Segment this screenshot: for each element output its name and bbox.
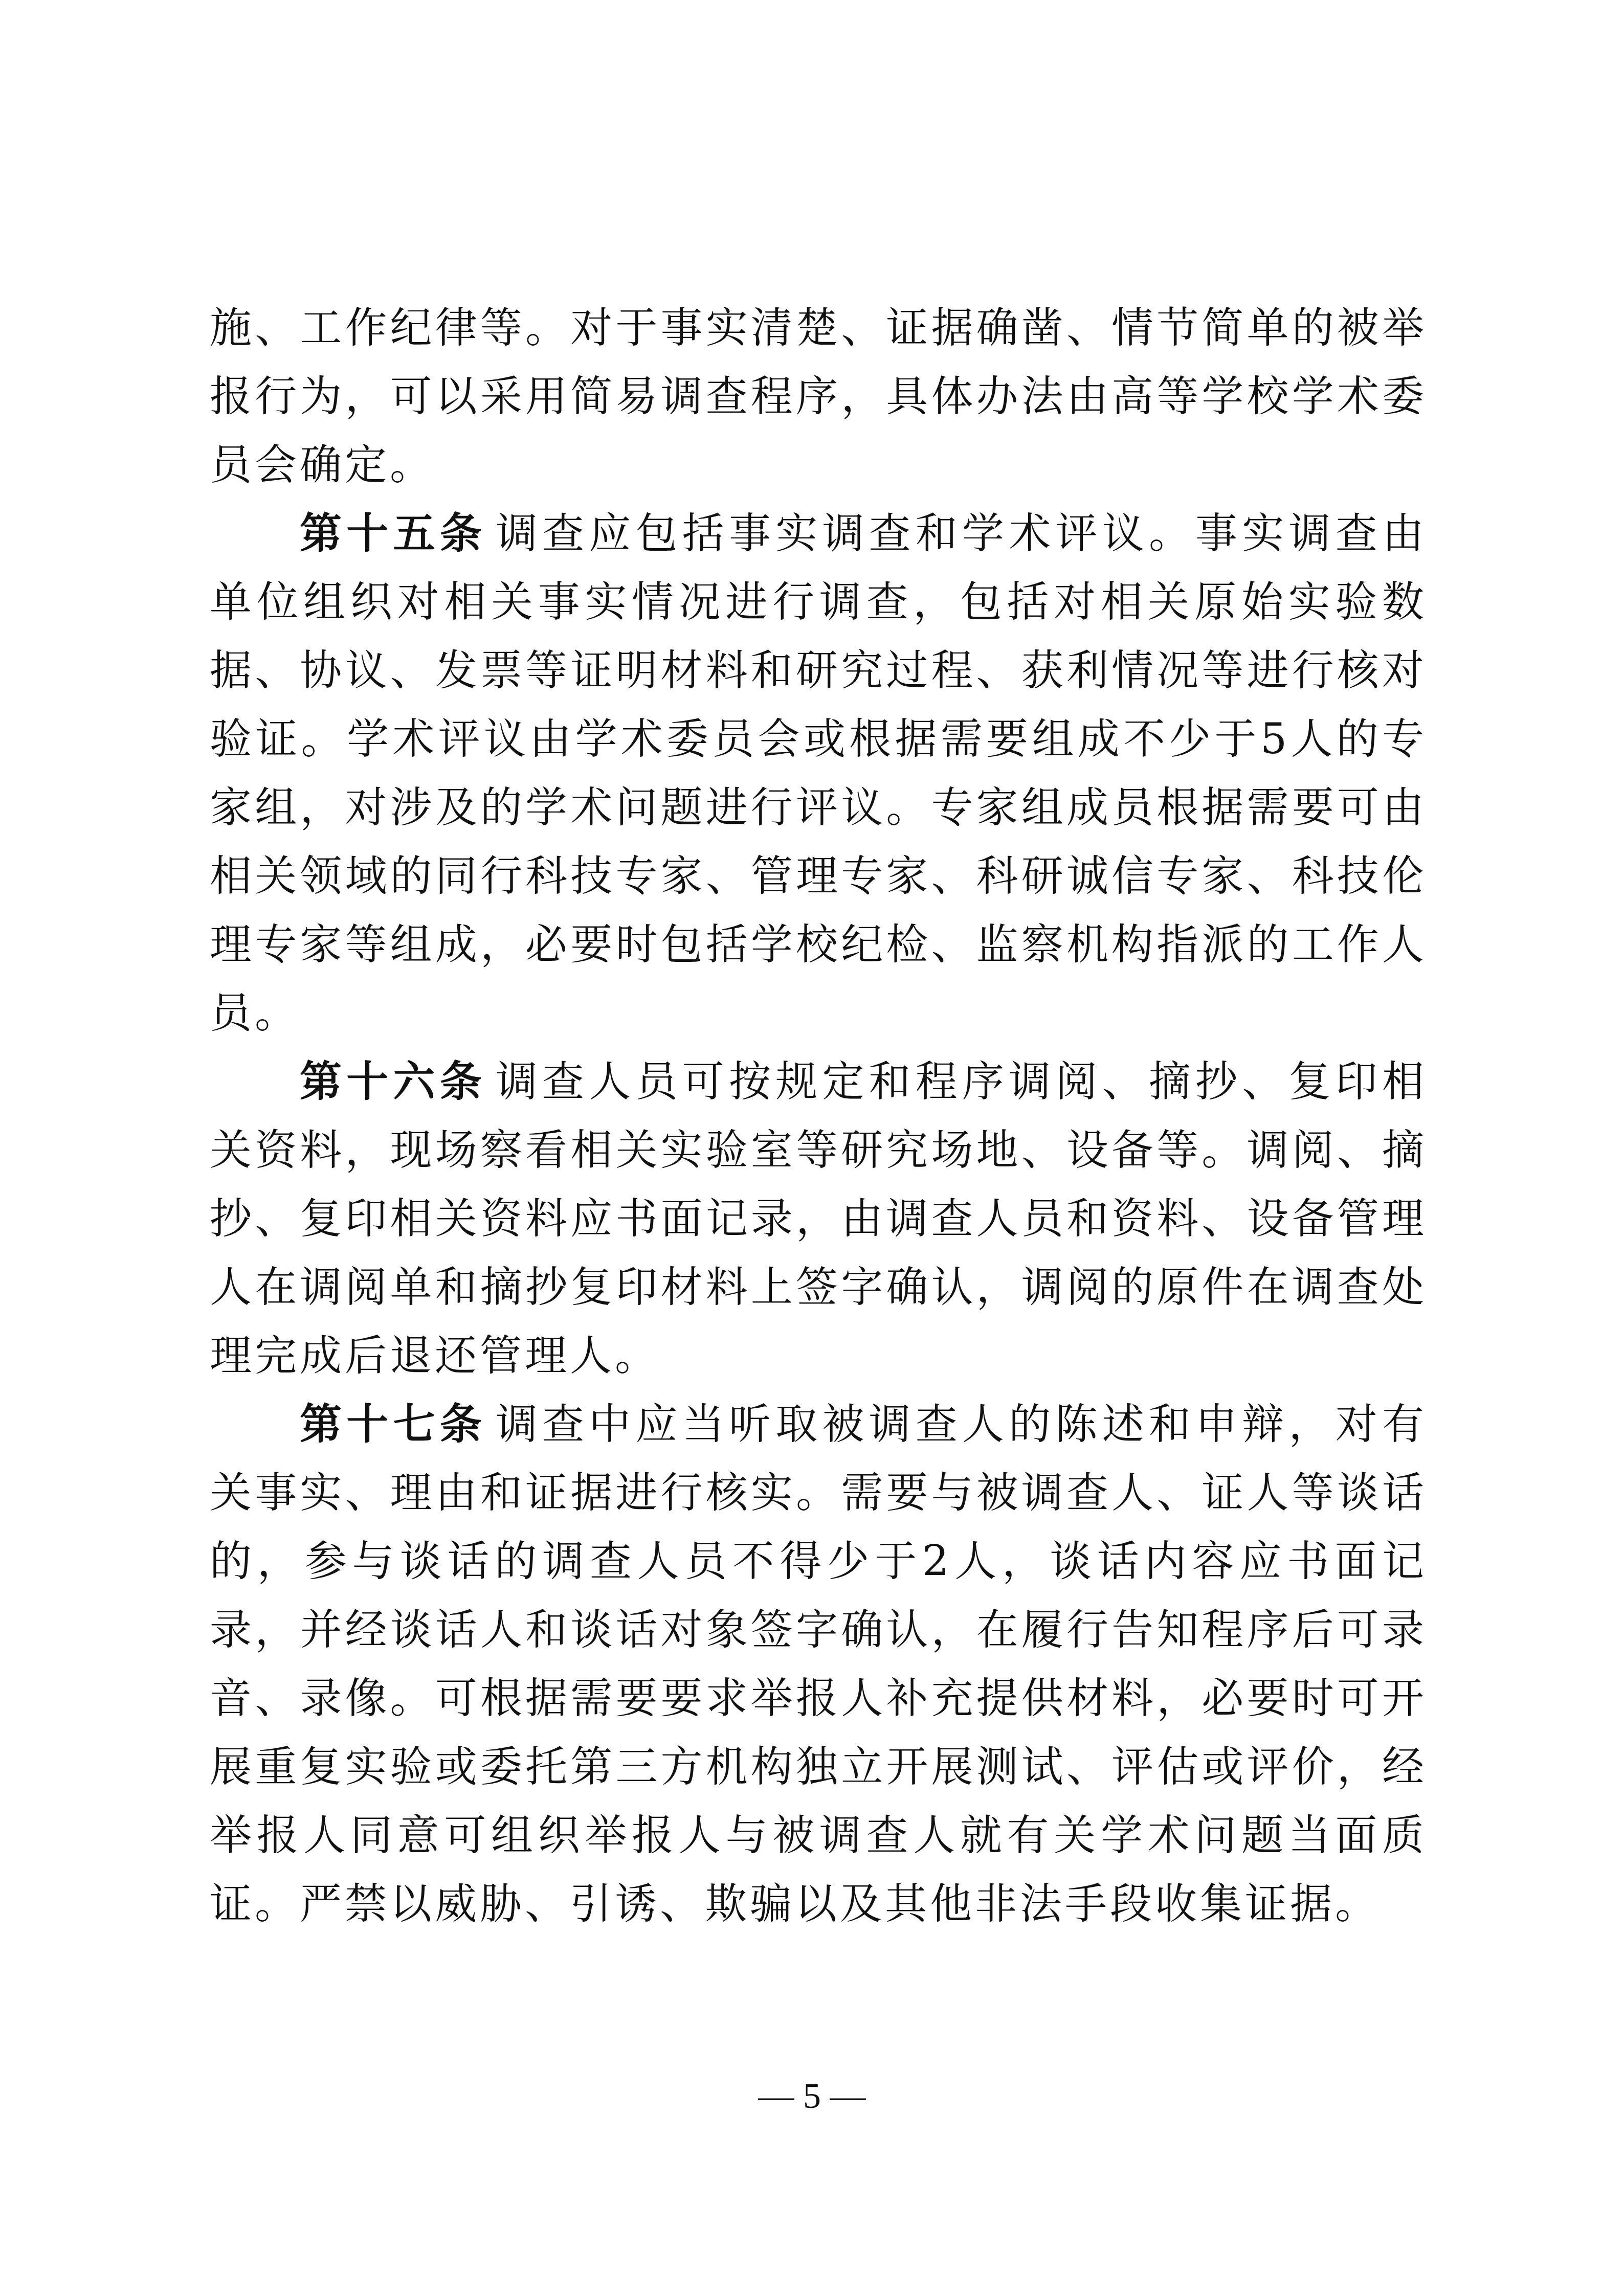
paragraph-article-17: 第十七条调查中应当听取被调查人的陈述和申辩，对有关事实、理由和证据进行核实。需要… <box>210 1390 1427 1939</box>
paragraph-continuation: 施、工作纪律等。对于事实清楚、证据确凿、情节简单的被举报行为，可以采用简易调查程… <box>210 294 1427 500</box>
article-number: 第十七条 <box>300 1400 486 1449</box>
document-body: 施、工作纪律等。对于事实清楚、证据确凿、情节简单的被举报行为，可以采用简易调查程… <box>210 294 1427 1939</box>
page-number: — 5 — <box>0 2076 1624 2117</box>
article-number: 第十六条 <box>300 1057 486 1106</box>
paragraph-text: 调查中应当听取被调查人的陈述和申辩，对有关事实、理由和证据进行核实。需要与被调查… <box>210 1400 1427 1928</box>
paragraph-article-15: 第十五条调查应包括事实调查和学术评议。事实调查由单位组织对相关事实情况进行调查，… <box>210 500 1427 1048</box>
article-number: 第十五条 <box>300 509 486 558</box>
paragraph-article-16: 第十六条调查人员可按规定和程序调阅、摘抄、复印相关资料，现场察看相关实验室等研究… <box>210 1048 1427 1390</box>
paragraph-text: 调查应包括事实调查和学术评议。事实调查由单位组织对相关事实情况进行调查，包括对相… <box>210 509 1427 1038</box>
paragraph-text: 施、工作纪律等。对于事实清楚、证据确凿、情节简单的被举报行为，可以采用简易调查程… <box>210 304 1427 489</box>
